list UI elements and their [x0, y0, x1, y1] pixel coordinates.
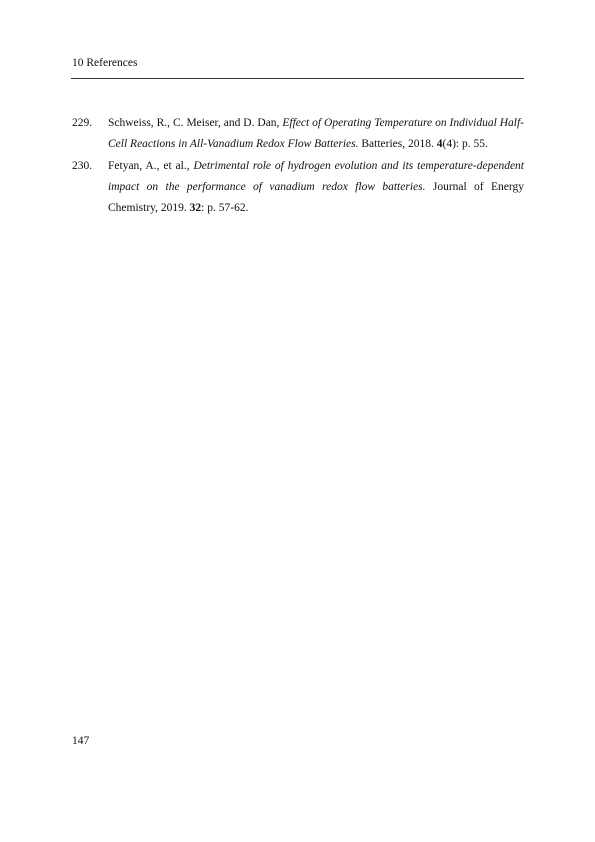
reference-volume: 32: [190, 202, 202, 214]
reference-item: 229. Schweiss, R., C. Meiser, and D. Dan…: [72, 113, 524, 155]
reference-authors: Schweiss, R., C. Meiser, and D. Dan,: [108, 117, 282, 129]
page-number: 147: [72, 734, 89, 748]
reference-pages: (4): p. 55.: [443, 138, 488, 150]
reference-list: 229. Schweiss, R., C. Meiser, and D. Dan…: [72, 113, 524, 220]
reference-pages: : p. 57-62.: [201, 202, 248, 214]
reference-number: 229.: [72, 113, 92, 134]
reference-journal: Batteries, 2018.: [359, 138, 437, 150]
reference-number: 230.: [72, 156, 92, 177]
running-header: 10 References: [72, 56, 137, 70]
reference-item: 230. Fetyan, A., et al., Detrimental rol…: [72, 156, 524, 219]
reference-authors: Fetyan, A., et al.,: [108, 160, 193, 172]
header-divider: [71, 78, 524, 79]
